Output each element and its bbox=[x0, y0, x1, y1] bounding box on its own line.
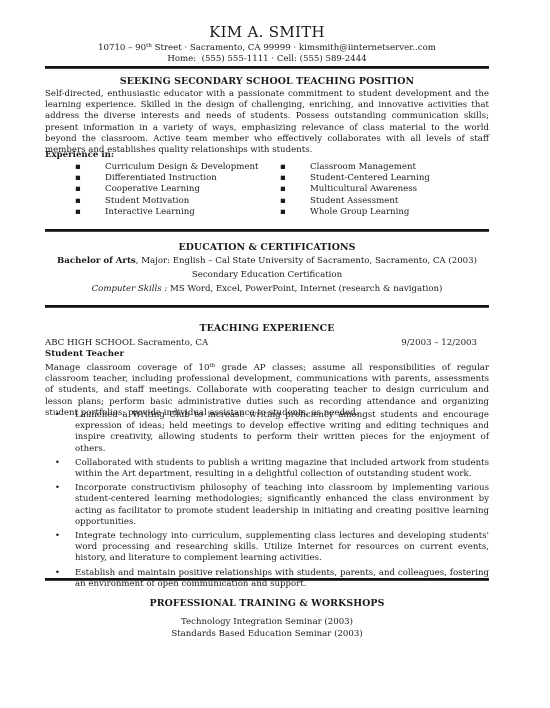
street: 10710 – 90th Street bbox=[98, 43, 182, 53]
divider bbox=[45, 305, 489, 308]
divider bbox=[45, 578, 489, 581]
certification: Secondary Education Certification bbox=[45, 270, 489, 281]
job-dates: 9/2003 – 12/2003 bbox=[401, 338, 489, 349]
city: Sacramento, CA 99999 bbox=[190, 43, 291, 53]
achievement-item: •Incorporate constructivism philosophy o… bbox=[45, 483, 489, 528]
bullet-icon: ▪ bbox=[280, 162, 310, 173]
bullet-icon: ▪ bbox=[75, 184, 105, 195]
achievement-item: •Collaborated with students to publish a… bbox=[45, 458, 489, 480]
bullet-icon: • bbox=[45, 410, 75, 455]
degree-line: Bachelor of Arts, Major: English – Cal S… bbox=[45, 256, 489, 267]
bullet-icon: ▪ bbox=[75, 196, 105, 207]
experience-title: TEACHING EXPERIENCE bbox=[45, 323, 489, 334]
skill-item: ▪Interactive Learning bbox=[75, 207, 280, 218]
skill-item: ▪Student Motivation bbox=[75, 196, 280, 207]
training-item: Technology Integration Seminar (2003) bbox=[45, 617, 489, 628]
bullet-icon: • bbox=[45, 483, 75, 528]
skill-item: ▪Differentiated Instruction bbox=[75, 173, 280, 184]
employer: ABC HIGH SCHOOL Sacramento, CA bbox=[45, 338, 208, 349]
education-title: EDUCATION & CERTIFICATIONS bbox=[45, 242, 489, 253]
experience-label: Experience in: bbox=[45, 150, 114, 161]
divider bbox=[45, 229, 489, 232]
achievement-item: •Launched a Writing Club to increase wri… bbox=[45, 410, 489, 455]
phone-line: Home: (555) 555-1111 · Cell: (555) 589-2… bbox=[45, 54, 489, 65]
skill-item: ▪Multicultural Awareness bbox=[280, 184, 485, 195]
bullet-icon: ▪ bbox=[280, 196, 310, 207]
bullet-icon: ▪ bbox=[280, 173, 310, 184]
objective-title: SEEKING SECONDARY SCHOOL TEACHING POSITI… bbox=[45, 76, 489, 87]
achievement-item: •Integrate technology into curriculum, s… bbox=[45, 531, 489, 565]
objective-summary: Self-directed, enthusiastic educator wit… bbox=[45, 89, 489, 156]
bullet-icon: • bbox=[45, 458, 75, 480]
job-header: ABC HIGH SCHOOL Sacramento, CA9/2003 – 1… bbox=[45, 338, 489, 349]
bullet-icon: ▪ bbox=[75, 162, 105, 173]
skills-list: ▪Curriculum Design & Development▪Classro… bbox=[75, 162, 489, 218]
skill-item: ▪Classroom Management bbox=[280, 162, 485, 173]
skill-item: ▪Whole Group Learning bbox=[280, 207, 485, 218]
home-phone: (555) 555-1111 bbox=[202, 54, 269, 64]
bullet-icon: ▪ bbox=[280, 184, 310, 195]
bullet-icon: • bbox=[45, 531, 75, 565]
skill-item: ▪Student-Centered Learning bbox=[280, 173, 485, 184]
address-line: 10710 – 90th Street · Sacramento, CA 999… bbox=[45, 43, 489, 54]
skill-item: ▪Student Assessment bbox=[280, 196, 485, 207]
bullet-icon: ▪ bbox=[75, 173, 105, 184]
training-title: PROFESSIONAL TRAINING & WORKSHOPS bbox=[45, 598, 489, 609]
divider bbox=[45, 66, 489, 69]
cell-phone: (555) 589-2444 bbox=[300, 54, 367, 64]
job-role: Student Teacher bbox=[45, 349, 124, 360]
achievements-list: •Launched a Writing Club to increase wri… bbox=[45, 410, 489, 593]
skill-item: ▪Cooperative Learning bbox=[75, 184, 280, 195]
candidate-name: KIM A. SMITH bbox=[45, 27, 489, 38]
training-item: Standards Based Education Seminar (2003) bbox=[45, 629, 489, 640]
computer-skills: Computer Skills : MS Word, Excel, PowerP… bbox=[45, 284, 489, 295]
skill-item: ▪Curriculum Design & Development bbox=[75, 162, 280, 173]
bullet-icon: ▪ bbox=[75, 207, 105, 218]
email[interactable]: kimsmith@iinternetserver..com bbox=[299, 43, 436, 53]
bullet-icon: ▪ bbox=[280, 207, 310, 218]
